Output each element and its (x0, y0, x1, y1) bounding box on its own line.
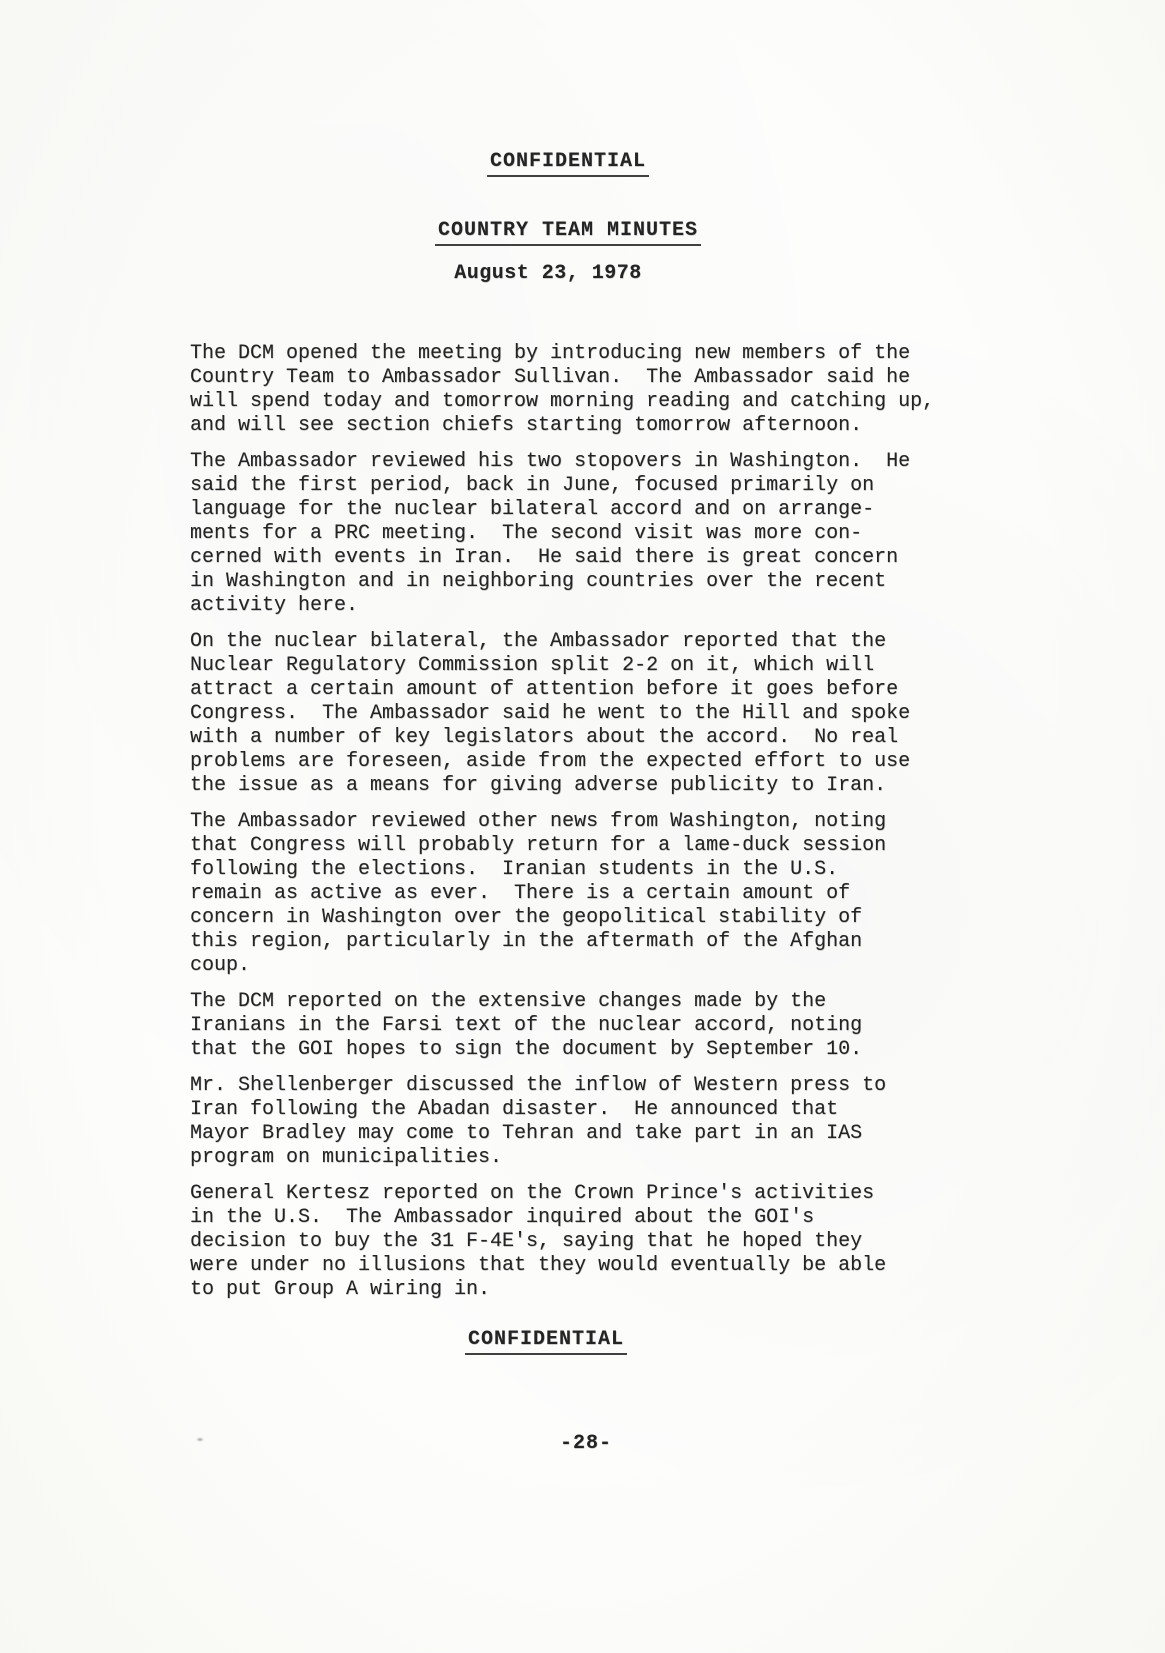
document-date: August 23, 1978 (170, 262, 926, 286)
scan-artifact (196, 1437, 204, 1442)
paragraph-7: General Kertesz reported on the Crown Pr… (190, 1182, 946, 1302)
paragraph-6: Mr. Shellenberger discussed the inflow o… (190, 1074, 946, 1170)
paragraph-3: On the nuclear bilateral, the Ambassador… (190, 630, 946, 798)
classification-marking-top: CONFIDENTIAL (190, 150, 946, 177)
paragraph-2: The Ambassador reviewed his two stopover… (190, 450, 946, 618)
page-number: -28- (560, 1432, 612, 1456)
classification-marking-bottom-text: CONFIDENTIAL (465, 1328, 627, 1355)
scanned-document-page: CONFIDENTIAL COUNTRY TEAM MINUTES August… (0, 0, 1165, 1653)
paragraph-4: The Ambassador reviewed other news from … (190, 810, 946, 978)
document-title-text: COUNTRY TEAM MINUTES (435, 219, 701, 246)
paragraph-5: The DCM reported on the extensive change… (190, 990, 946, 1062)
paragraph-1: The DCM opened the meeting by introducin… (190, 342, 946, 438)
classification-marking-top-text: CONFIDENTIAL (487, 150, 649, 177)
document-content: CONFIDENTIAL COUNTRY TEAM MINUTES August… (190, 150, 946, 1355)
document-body: The DCM opened the meeting by introducin… (190, 342, 946, 1302)
document-title: COUNTRY TEAM MINUTES (190, 219, 946, 246)
classification-marking-bottom: CONFIDENTIAL (168, 1328, 924, 1355)
